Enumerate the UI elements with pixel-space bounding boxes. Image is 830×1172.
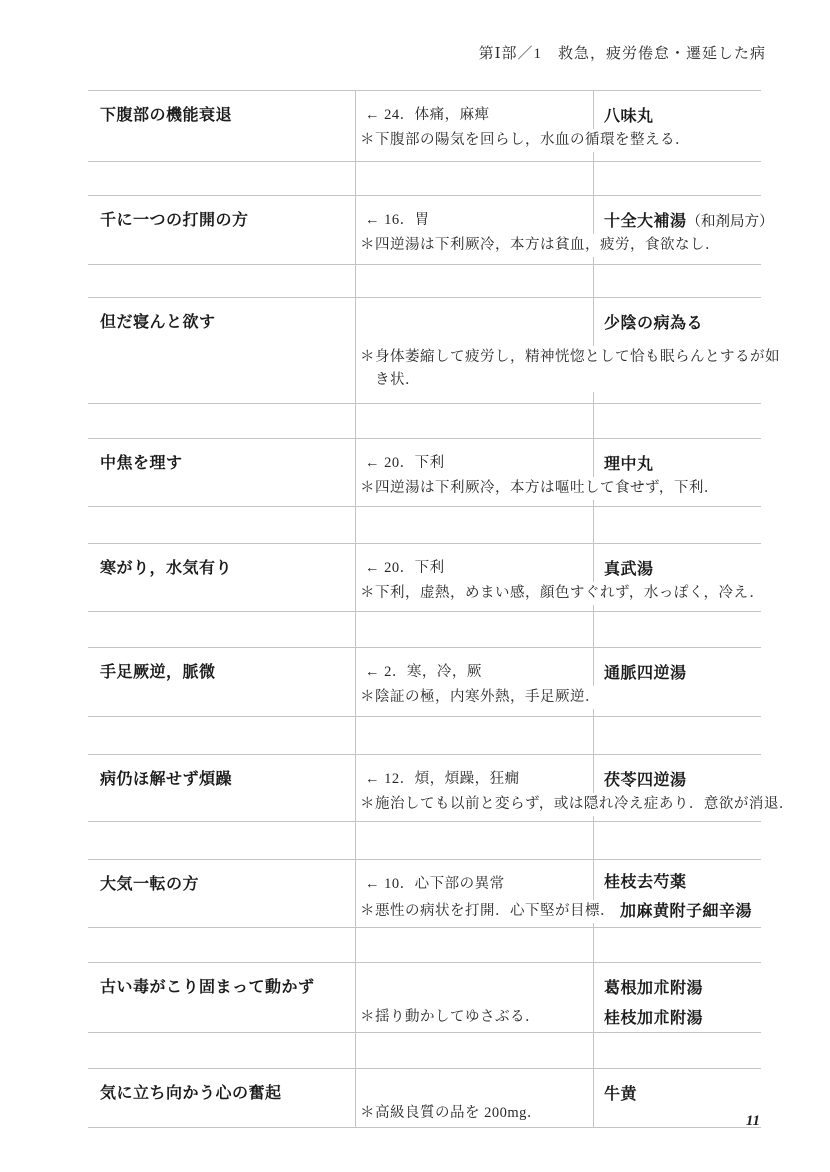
column-divider [355, 717, 356, 754]
annotation-note: ＊身体萎縮して疲労し，精神恍惚として恰も眠らんとするが如き状． [360, 346, 783, 392]
column-divider [355, 755, 356, 821]
spacer-row [88, 611, 761, 647]
annotation-note: ＊下腹部の陽気を回らし，水血の循環を整える． [360, 129, 693, 152]
column-divider [355, 860, 356, 927]
symptom-keyword: 気に立ち向かう心の奮起 [100, 1080, 282, 1103]
formula-name: 通脈四逆湯 [604, 659, 687, 688]
annotation-note: ＊施治しても以前と変らず，或は隠れ冷え症あり．意欲が消退． [360, 793, 797, 816]
column-divider [355, 612, 356, 647]
cross-reference: ← 20．下利 [365, 451, 445, 472]
formula-name: 桂枝去芍薬加麻黄附子細辛湯 [604, 868, 752, 926]
formula-name: 葛根加朮附湯桂枝加朮附湯 [604, 974, 703, 1034]
formula-source: （和剤局方） [687, 214, 774, 230]
table-row: 手足厥逆，脈微 ← 2．寒，冷，厥 通脈四逆湯 ＊陰証の極，内寒外熱，手足厥逆． [88, 647, 761, 716]
symptom-keyword: 但だ寝んと欲す [100, 309, 216, 332]
cross-reference: ← 12．煩，煩躁，狂癇 [365, 767, 520, 788]
column-divider [355, 91, 356, 161]
table-row: 病仍ほ解せず煩躁 ← 12．煩，煩躁，狂癇 茯苓四逆湯 ＊施治しても以前と変らず… [88, 754, 761, 821]
cross-reference: ← 2．寒，冷，厥 [365, 660, 482, 681]
column-divider [593, 717, 594, 754]
spacer-row [88, 821, 761, 859]
annotation-line-1: ＊身体萎縮して疲労し，精神恍惚として恰も眠らんとするが如 [360, 349, 780, 365]
annotation-note: ＊陰証の極，内寒外熱，手足厥逆． [360, 686, 603, 709]
formula-main: 十全大補湯 [604, 213, 687, 230]
annotation-note: ＊四逆湯は下利厥冷，本方は嘔吐して食せず，下利． [360, 477, 722, 500]
annotation-line-2: き状． [360, 369, 780, 392]
symptom-keyword: 手足厥逆，脈微 [100, 659, 216, 682]
column-divider [355, 822, 356, 859]
table-row: 寒がり，水気有り ← 20．下利 真武湯 ＊下利，虚熱，めまい感，顔色すぐれず，… [88, 543, 761, 611]
symptom-keyword: 寒がり，水気有り [100, 555, 232, 578]
column-divider [355, 507, 356, 543]
spacer-row [88, 927, 761, 962]
column-divider [593, 265, 594, 297]
symptom-keyword: 下腹部の機能衰退 [100, 102, 232, 125]
column-divider [355, 196, 356, 264]
table-row: 中焦を理す ← 20．下利 理中丸 ＊四逆湯は下利厥冷，本方は嘔吐して食せず，下… [88, 438, 761, 506]
spacer-row [88, 1032, 761, 1068]
column-divider [593, 1033, 594, 1068]
running-head: 第Ⅰ部／1 救急，疲労倦怠・遷延した病 [0, 42, 766, 63]
column-divider [355, 162, 356, 195]
formula-name: 理中丸 [604, 450, 654, 479]
table-row: 千に一つの打開の方 ← 16．胃 十全大補湯（和剤局方） ＊四逆湯は下利厥冷，本… [88, 195, 761, 264]
annotation-note: ＊高級良質の品を 200mg． [360, 1102, 545, 1125]
cross-reference: ← 24．体痛，麻痺 [365, 103, 490, 124]
annotation-note: ＊四逆湯は下利厥冷，本方は貧血，疲労，食欲なし． [360, 234, 723, 257]
symptom-keyword: 大気一転の方 [100, 871, 199, 894]
column-divider [593, 612, 594, 647]
spacer-row [88, 161, 761, 195]
formula-line-2: 桂枝加朮附湯 [604, 1004, 703, 1034]
column-divider [355, 265, 356, 297]
book-page: 第Ⅰ部／1 救急，疲労倦怠・遷延した病 下腹部の機能衰退 ← 24．体痛，麻痺 … [0, 0, 830, 1172]
page-number: 11 [746, 1113, 760, 1130]
column-divider [355, 544, 356, 611]
column-divider [355, 1033, 356, 1068]
table-row: 大気一転の方 ← 10．心下部の異常 桂枝去芍薬加麻黄附子細辛湯 ＊悪性の病状を… [88, 859, 761, 927]
column-divider [355, 963, 356, 1032]
table-row: 古い毒がこり固まって動かず 葛根加朮附湯桂枝加朮附湯 ＊揺り動かしてゆさぶる． [88, 962, 761, 1032]
formula-line-1: 葛根加朮附湯 [604, 974, 703, 1004]
column-divider [355, 648, 356, 716]
column-divider [355, 404, 356, 438]
annotation-note: ＊下利，虚熱，めまい感，顔色すぐれず，水っぽく，冷え． [360, 582, 767, 605]
column-divider [593, 822, 594, 859]
formula-line-1: 桂枝去芍薬 [604, 868, 752, 897]
table-row: 気に立ち向かう心の奮起 牛黄 ＊高級良質の品を 200mg． [88, 1068, 761, 1127]
column-divider [355, 1069, 356, 1127]
column-divider [355, 439, 356, 506]
spacer-row [88, 716, 761, 754]
formula-name: 八味丸 [604, 102, 654, 131]
formula-name: 十全大補湯（和剤局方） [604, 207, 774, 237]
cross-reference: ← 16．胃 [365, 208, 430, 229]
column-divider [593, 928, 594, 962]
table-row: 但だ寝んと欲す 少陰の病為る ＊身体萎縮して疲労し，精神恍惚として恰も眠らんとす… [88, 297, 761, 403]
column-divider [593, 963, 594, 1032]
symptom-keyword: 千に一つの打開の方 [100, 207, 249, 230]
formula-name: 真武湯 [604, 555, 654, 584]
formula-name: 牛黄 [604, 1080, 637, 1109]
column-divider [355, 298, 356, 403]
column-divider [593, 507, 594, 543]
cross-reference: ← 20．下利 [365, 556, 445, 577]
column-divider [593, 404, 594, 438]
spacer-row [88, 506, 761, 543]
symptom-keyword: 病仍ほ解せず煩躁 [100, 766, 232, 789]
symptom-keyword: 中焦を理す [100, 450, 183, 473]
column-divider [355, 928, 356, 962]
formula-name: 茯苓四逆湯 [604, 766, 687, 795]
formula-name: 少陰の病為る [604, 309, 703, 338]
annotation-note: ＊悪性の病状を打開．心下堅が目標． [360, 900, 618, 923]
formula-line-2: 加麻黄附子細辛湯 [604, 897, 752, 926]
table-row: 下腹部の機能衰退 ← 24．体痛，麻痺 八味丸 ＊下腹部の陽気を回らし，水血の循… [88, 90, 761, 161]
formula-table: 下腹部の機能衰退 ← 24．体痛，麻痺 八味丸 ＊下腹部の陽気を回らし，水血の循… [88, 90, 761, 1128]
spacer-row [88, 403, 761, 438]
spacer-row [88, 264, 761, 297]
column-divider [593, 1069, 594, 1127]
cross-reference: ← 10．心下部の異常 [365, 872, 505, 893]
column-divider [593, 162, 594, 195]
annotation-note: ＊揺り動かしてゆさぶる． [360, 1006, 543, 1029]
symptom-keyword: 古い毒がこり固まって動かず [100, 974, 315, 997]
